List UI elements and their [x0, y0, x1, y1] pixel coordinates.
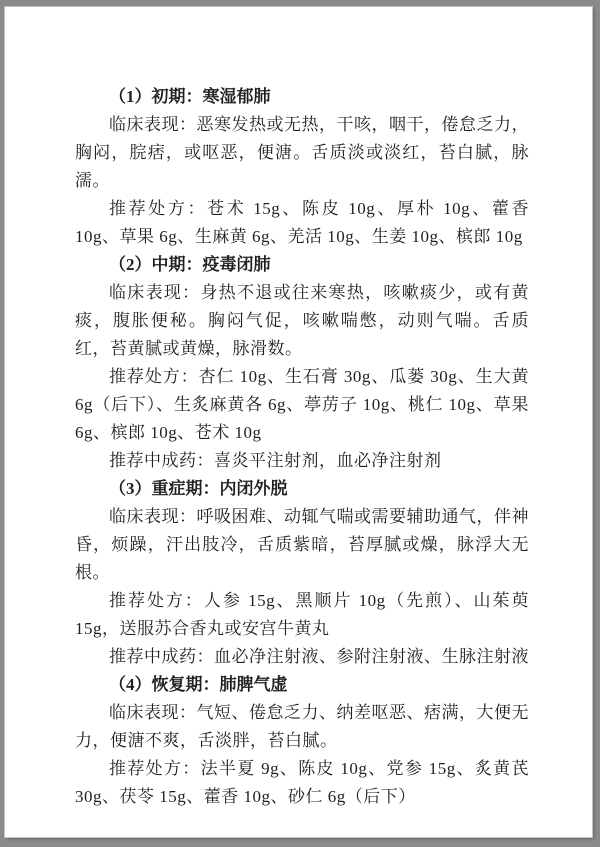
scanned-document-background: { "page": { "surround_color": "#8a8a8a",…: [0, 0, 600, 847]
section-heading: （3）重症期：内闭外脱: [75, 475, 529, 503]
document-content: （1）初期：寒湿郁肺 临床表现：恶寒发热或无热，干咳，咽干，倦怠乏力，胸闷，脘痞…: [75, 83, 529, 811]
section-heading: （2）中期：疫毒闭肺: [75, 251, 529, 279]
recommended-patent-medicine-paragraph: 推荐中成药：血必净注射液、参附注射液、生脉注射液: [75, 643, 529, 671]
recommended-prescription-paragraph: 推荐处方：杏仁 10g、生石膏 30g、瓜蒌 30g、生大黄 6g（后下）、生炙…: [75, 363, 529, 447]
document-page: （1）初期：寒湿郁肺 临床表现：恶寒发热或无热，干咳，咽干，倦怠乏力，胸闷，脘痞…: [5, 7, 592, 837]
section-heading: （1）初期：寒湿郁肺: [75, 83, 529, 111]
recommended-patent-medicine-paragraph: 推荐中成药：喜炎平注射剂，血必净注射剂: [75, 447, 529, 475]
recommended-prescription-paragraph: 推荐处方：法半夏 9g、陈皮 10g、党参 15g、炙黄芪 30g、茯苓 15g…: [75, 755, 529, 811]
section-severe-stage: （3）重症期：内闭外脱 临床表现：呼吸困难、动辄气喘或需要辅助通气，伴神昏，烦躁…: [75, 475, 529, 671]
clinical-manifestations-paragraph: 临床表现：恶寒发热或无热，干咳，咽干，倦怠乏力，胸闷，脘痞，或呕恶，便溏。舌质淡…: [75, 111, 529, 195]
section-middle-stage: （2）中期：疫毒闭肺 临床表现：身热不退或往来寒热，咳嗽痰少，或有黄痰，腹胀便秘…: [75, 251, 529, 475]
recommended-prescription-paragraph: 推荐处方：人参 15g、黑顺片 10g（先煎）、山茱萸 15g，送服苏合香丸或安…: [75, 587, 529, 643]
section-initial-stage: （1）初期：寒湿郁肺 临床表现：恶寒发热或无热，干咳，咽干，倦怠乏力，胸闷，脘痞…: [75, 83, 529, 251]
section-heading: （4）恢复期：肺脾气虚: [75, 671, 529, 699]
clinical-manifestations-paragraph: 临床表现：身热不退或往来寒热，咳嗽痰少，或有黄痰，腹胀便秘。胸闷气促，咳嗽喘憋，…: [75, 279, 529, 363]
section-recovery-stage: （4）恢复期：肺脾气虚 临床表现：气短、倦怠乏力、纳差呕恶、痞满，大便无力，便溏…: [75, 671, 529, 811]
clinical-manifestations-paragraph: 临床表现：气短、倦怠乏力、纳差呕恶、痞满，大便无力，便溏不爽，舌淡胖，苔白腻。: [75, 699, 529, 755]
clinical-manifestations-paragraph: 临床表现：呼吸困难、动辄气喘或需要辅助通气，伴神昏，烦躁，汗出肢冷，舌质紫暗，苔…: [75, 503, 529, 587]
recommended-prescription-paragraph: 推荐处方：苍术 15g、陈皮 10g、厚朴 10g、藿香 10g、草果 6g、生…: [75, 195, 529, 251]
